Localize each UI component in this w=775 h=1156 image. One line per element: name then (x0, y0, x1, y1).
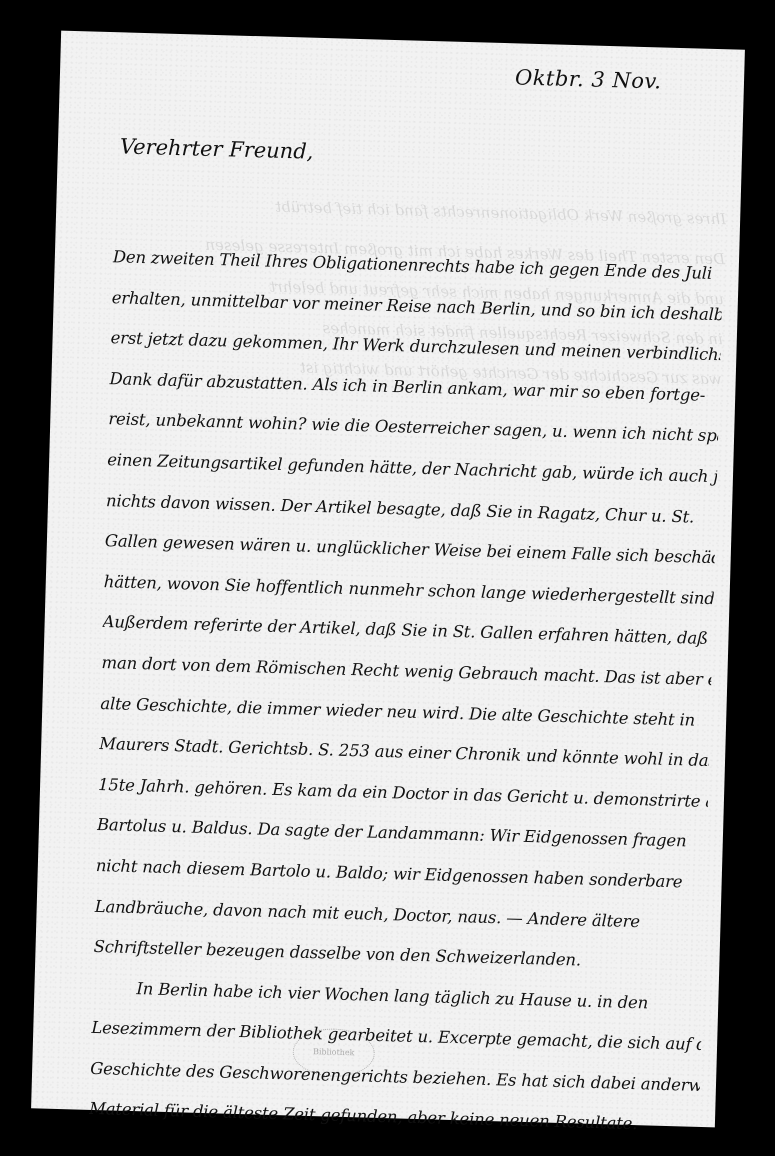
date-line: Oktbr. 3 Nov. (515, 65, 662, 93)
salutation: Verehrter Freund, (120, 134, 314, 163)
letter-page: Ihres großen Werk Obligationenrechts fan… (31, 31, 745, 1128)
stamp-text: Bibliothek (313, 1047, 355, 1058)
letter-body: Den zweiten Theil Ihres Obligationenrech… (89, 237, 724, 1147)
